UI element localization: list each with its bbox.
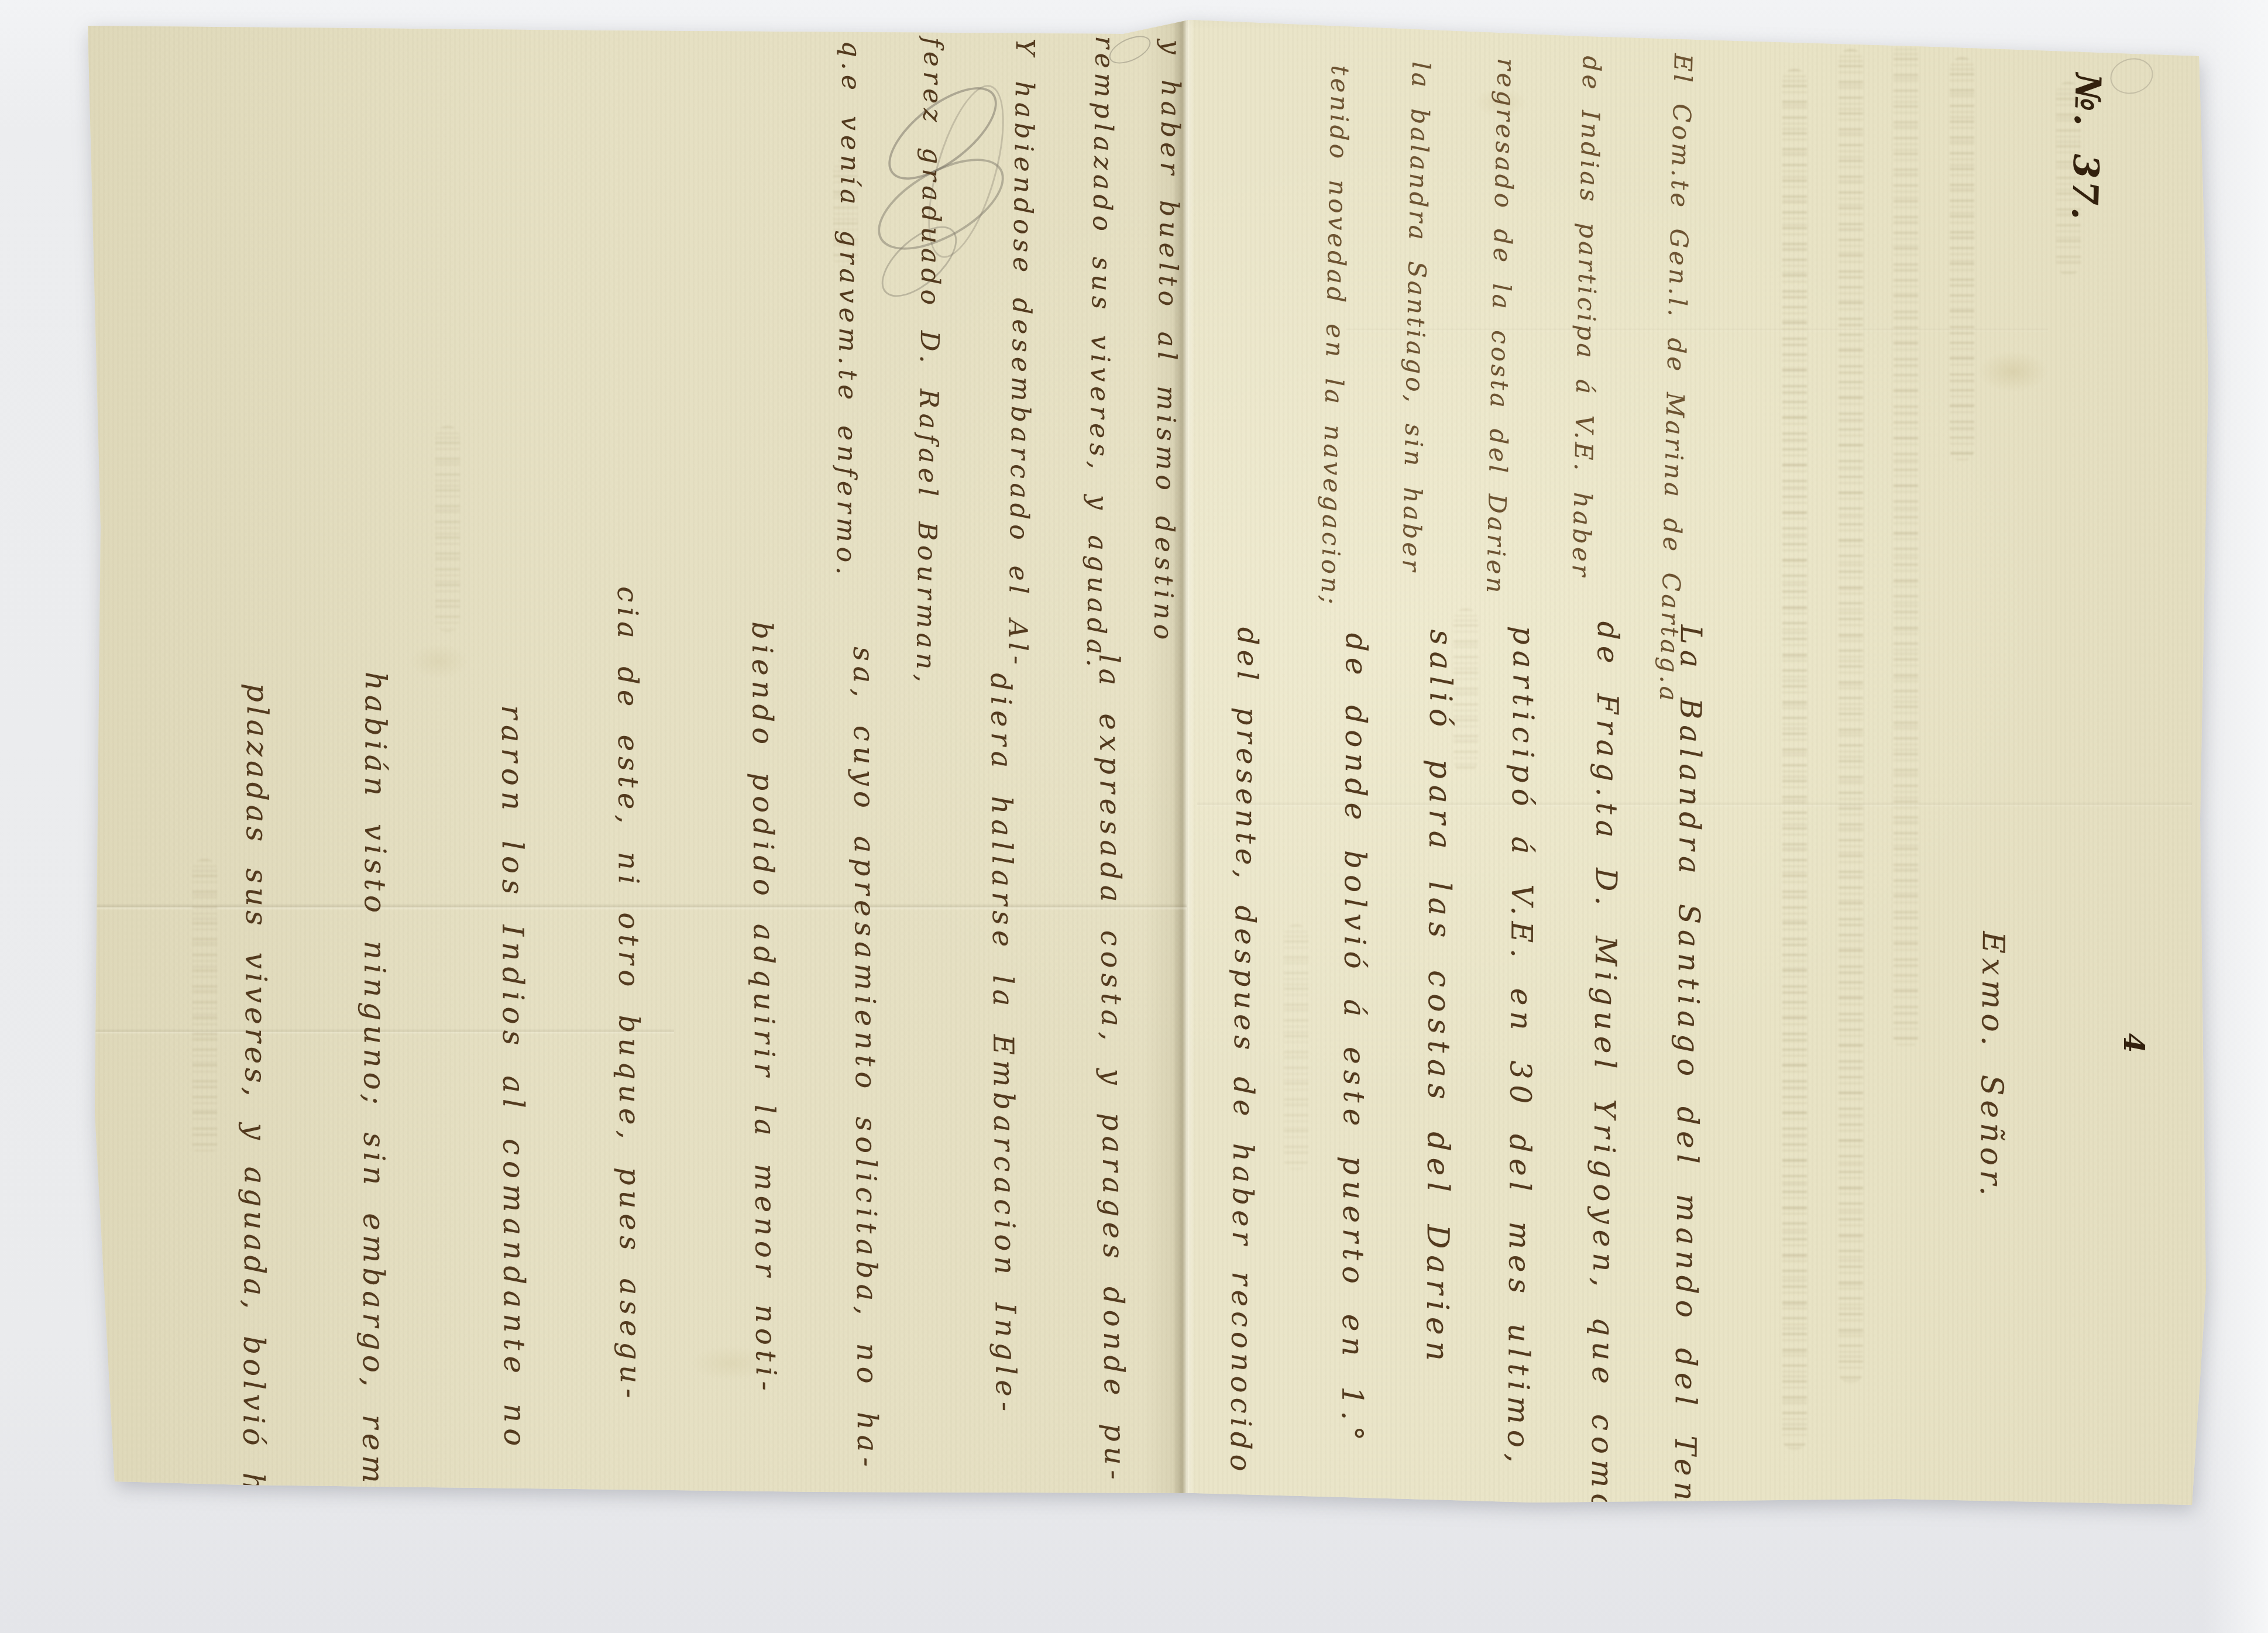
manuscript-line: ferez graduado D. Rafael Bourman, — [912, 37, 946, 687]
pencil-scribble — [1105, 30, 1155, 70]
ink-bleedthrough-line — [1894, 42, 1918, 1048]
ink-bleedthrough-line — [1839, 49, 1863, 1383]
manuscript-line: regresado de la costa del Darien — [1483, 58, 1518, 596]
ink-bleedthrough-line — [1453, 608, 1478, 772]
manuscript-line: de Frag.ta D. Miguel Yrigoyen, que como — [1587, 621, 1623, 1517]
manuscript-line: y haber buelto al mismo destino — [1149, 39, 1183, 644]
salutation: Exmo. Señor. — [1975, 931, 2008, 1201]
pencil-scribble — [2106, 53, 2157, 98]
manuscript-line: Y habiendose desembarcado el Al- — [1004, 38, 1037, 669]
manuscript-line: de donde bolvió á este puerto en 1.° — [1338, 633, 1371, 1447]
pencil-scribble — [864, 140, 1019, 269]
manuscript-line: biendo podido adquirir la menor noti- — [748, 621, 780, 1396]
manuscript-line: remplazado sus viveres, y aguada. — [1083, 36, 1117, 672]
paper-crease — [1197, 802, 2192, 807]
ink-bleedthrough-line — [1950, 57, 1974, 461]
pencil-scribble — [874, 70, 1012, 196]
manuscript-line: q.e venía gravem.te enfermo. — [832, 41, 864, 580]
manuscript-line: cia de este, ni otro buque, pues asegu- — [613, 586, 644, 1403]
paper-wrap: №. 37. Exmo. Señor. 4 El Com.te Gen.l. d… — [0, 0, 2268, 1633]
manuscript-line: de Indias participa á V.E. haber — [1569, 56, 1604, 579]
manuscript-line: plazadas sus viveres, y aguada, bolvió h… — [238, 683, 272, 1531]
ink-bleedthrough-line — [2056, 82, 2081, 275]
ink-bleedthrough-line — [193, 859, 217, 1156]
ink-bleedthrough-line — [1284, 924, 1308, 1170]
left-leaf-tint — [88, 20, 1188, 1494]
manuscript-line: La Balandra Santiago del mando del Ten.t… — [1670, 625, 1706, 1563]
ink-bleedthrough-line — [435, 426, 460, 632]
manuscript-line: participó á V.E. en 30 del mes ultimo, — [1503, 626, 1538, 1469]
pencil-scribble — [913, 77, 1019, 266]
manuscript-line: tenido novedad en la navegacion; — [1318, 65, 1353, 607]
ink-bleedthrough-line — [1782, 69, 1807, 1450]
ink-bleedthrough-line — [833, 159, 858, 268]
paper-stain — [1475, 88, 1527, 117]
folio-number: 4 — [2119, 1033, 2147, 1056]
paper-crease — [1346, 328, 2048, 332]
paper-crease — [89, 1029, 674, 1034]
manuscript-line: la expresada costa, y parages donde pu- — [1095, 654, 1129, 1485]
pencil-scribble — [870, 214, 969, 310]
paper-crease — [89, 903, 1187, 910]
manuscript-line: sa, cuyo apresamiento solicitaba, no ha- — [849, 647, 881, 1472]
manuscript-paper: №. 37. Exmo. Señor. 4 El Com.te Gen.l. d… — [0, 0, 2268, 1633]
manuscript-line: El Com.te Gen.l. de Marina de Cartag.a — [1656, 53, 1695, 704]
manuscript-line: diera hallarse la Embarcacion Ingle- — [987, 673, 1020, 1417]
manuscript-line: salió para las costas del Darien — [1422, 630, 1456, 1367]
manuscript-line: del presente, despues de haber reconocid… — [1226, 627, 1262, 1476]
paper-stain — [410, 644, 468, 679]
scanned-manuscript-page: { "colors": { "background": "#ecedef", "… — [0, 0, 2268, 1633]
paper-stain — [690, 1346, 772, 1381]
leaf-fold-edge — [1173, 18, 1197, 1497]
manuscript-line: la balandra Santiago, sin haber — [1399, 61, 1434, 575]
document-number: №. 37. — [2066, 73, 2105, 222]
paper-stain — [1978, 351, 2048, 392]
manuscript-line: raron los Indios al comandante no — [497, 705, 529, 1452]
manuscript-line: habián visto ninguno; sin embargo, rem- — [358, 672, 390, 1503]
